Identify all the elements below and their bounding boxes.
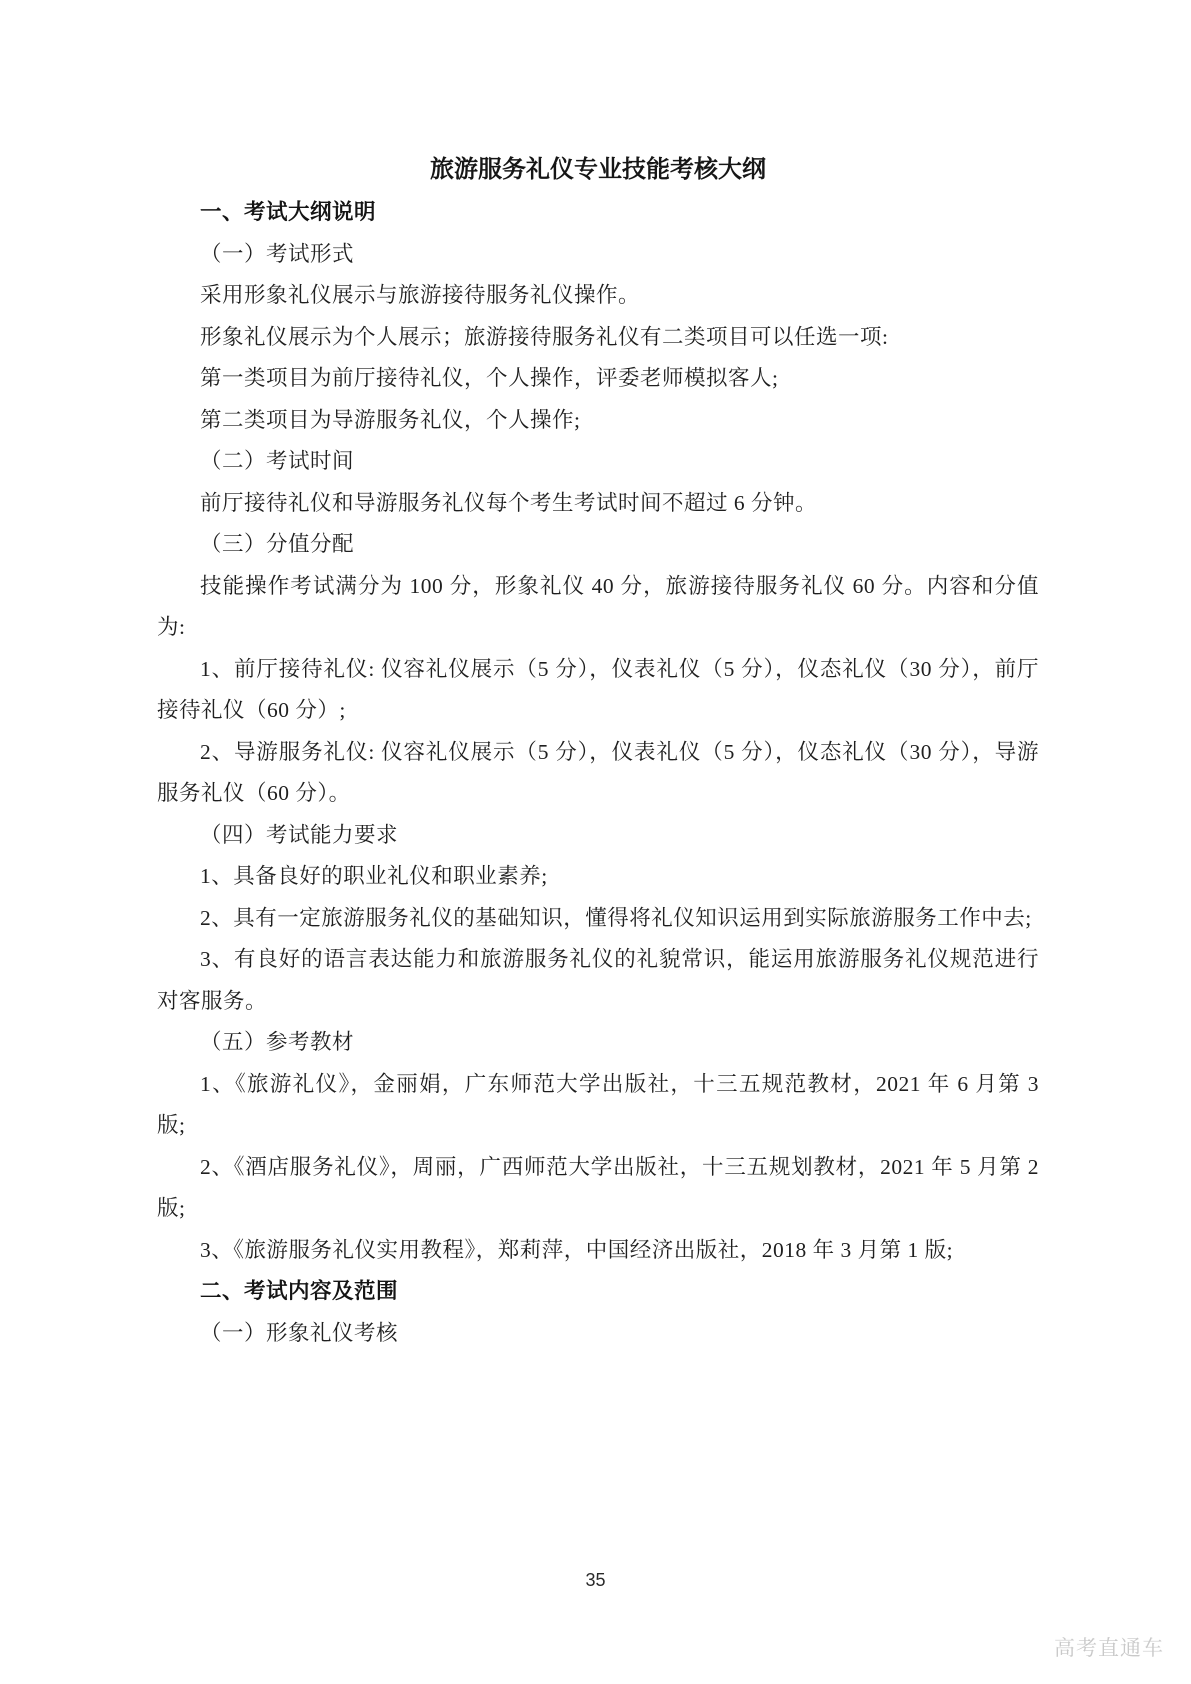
paragraph: 前厅接待礼仪和导游服务礼仪每个考生考试时间不超过 6 分钟。 [157, 483, 1039, 525]
document-title: 旅游服务礼仪专业技能考核大纲 [157, 148, 1039, 192]
document-content: 旅游服务礼仪专业技能考核大纲 一、考试大纲说明 （一）考试形式 采用形象礼仪展示… [157, 148, 1039, 1354]
watermark: 高考直通车 [1054, 1632, 1164, 1662]
paragraph: 形象礼仪展示为个人展示；旅游接待服务礼仪有二类项目可以任选一项: [157, 317, 1039, 359]
subsection-heading: （三）分值分配 [157, 524, 1039, 566]
section-heading-2: 二、考试内容及范围 [157, 1271, 1039, 1313]
paragraph: 第一类项目为前厅接待礼仪，个人操作，评委老师模拟客人; [157, 358, 1039, 400]
list-item: 1、前厅接待礼仪: 仪容礼仪展示（5 分），仪表礼仪（5 分），仪态礼仪（30 … [157, 649, 1039, 732]
paragraph: 采用形象礼仪展示与旅游接待服务礼仪操作。 [157, 275, 1039, 317]
list-item: 3、有良好的语言表达能力和旅游服务礼仪的礼貌常识，能运用旅游服务礼仪规范进行对客… [157, 939, 1039, 1022]
reference-item: 1、《旅游礼仪》，金丽娟，广东师范大学出版社，十三五规范教材，2021 年 6 … [157, 1064, 1039, 1147]
page-number: 35 [0, 1570, 1191, 1591]
document-page: 旅游服务礼仪专业技能考核大纲 一、考试大纲说明 （一）考试形式 采用形象礼仪展示… [0, 0, 1191, 1684]
subsection-heading: （四）考试能力要求 [157, 815, 1039, 857]
list-item: 2、具有一定旅游服务礼仪的基础知识，懂得将礼仪知识运用到实际旅游服务工作中去; [157, 898, 1039, 940]
section-heading-1: 一、考试大纲说明 [157, 192, 1039, 234]
list-item: 1、具备良好的职业礼仪和职业素养; [157, 856, 1039, 898]
reference-item: 2、《酒店服务礼仪》，周丽，广西师范大学出版社，十三五规划教材，2021 年 5… [157, 1147, 1039, 1230]
paragraph: 第二类项目为导游服务礼仪，个人操作; [157, 400, 1039, 442]
subsection-heading: （五）参考教材 [157, 1022, 1039, 1064]
subsection-heading: （一）考试形式 [157, 234, 1039, 276]
subsection-heading: （二）考试时间 [157, 441, 1039, 483]
list-item: 2、导游服务礼仪: 仪容礼仪展示（5 分），仪表礼仪（5 分），仪态礼仪（30 … [157, 732, 1039, 815]
subsection-heading: （一）形象礼仪考核 [157, 1313, 1039, 1355]
reference-item: 3、《旅游服务礼仪实用教程》，郑莉萍，中国经济出版社，2018 年 3 月第 1… [157, 1230, 1039, 1272]
paragraph: 技能操作考试满分为 100 分，形象礼仪 40 分，旅游接待服务礼仪 60 分。… [157, 566, 1039, 649]
